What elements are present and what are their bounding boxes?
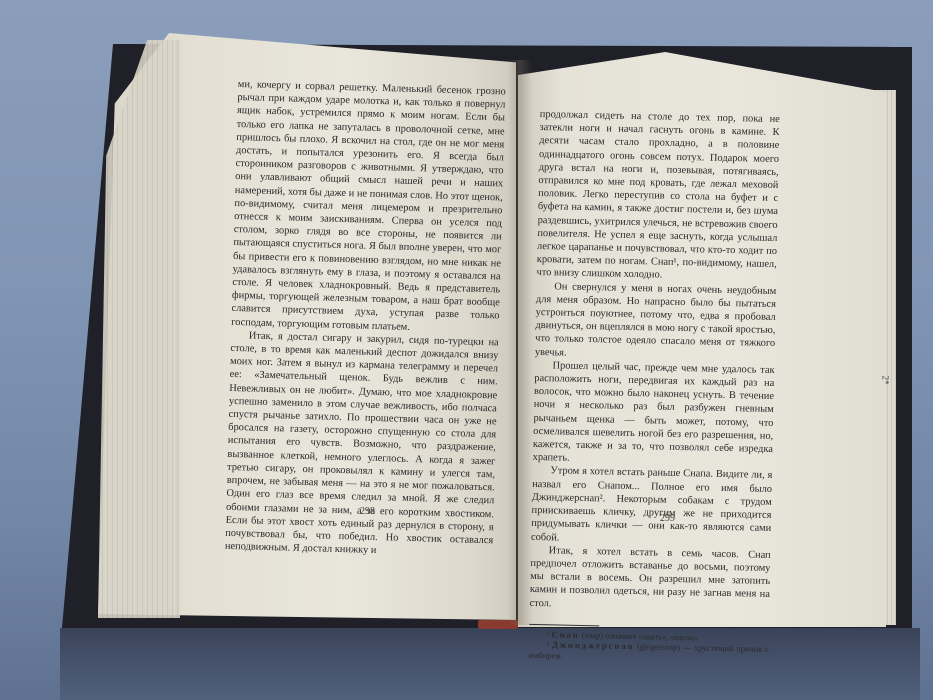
right-page-text: продолжал сидеть на столе до тех пор, по… (528, 108, 780, 665)
right-page-number: 299 (660, 513, 675, 524)
paragraph: Итак, я достал сигару и закурил, сидя по… (225, 329, 499, 561)
footnote-term: Снап (552, 629, 580, 640)
left-page-number: 298 (360, 506, 375, 517)
paragraph: продолжал сидеть на столе до тех пор, по… (536, 108, 780, 285)
footnote-term: Джинджерснап (552, 640, 635, 652)
paragraph: Итак, я хотел встать в семь часов. Снап … (529, 544, 770, 615)
paragraph: ми, кочергу и сорвал решетку. Маленький … (231, 78, 506, 336)
book-gutter (508, 60, 532, 625)
footnote-marker: ¹ (547, 629, 550, 639)
signature-mark: 2* (881, 376, 891, 385)
book-shadow (60, 628, 920, 700)
left-page-text: ми, кочергу и сорвал решетку. Маленький … (225, 78, 506, 561)
paragraph: Он свернулся у меня в ногах очень неудоб… (535, 280, 777, 364)
paragraph: Прошел целый час, прежде чем мне удалось… (533, 359, 775, 470)
footnote-rule (529, 624, 599, 626)
paragraph: Утром я хотел встать раньше Снапа. Видит… (531, 464, 773, 548)
footnote-marker: ² (547, 639, 550, 649)
